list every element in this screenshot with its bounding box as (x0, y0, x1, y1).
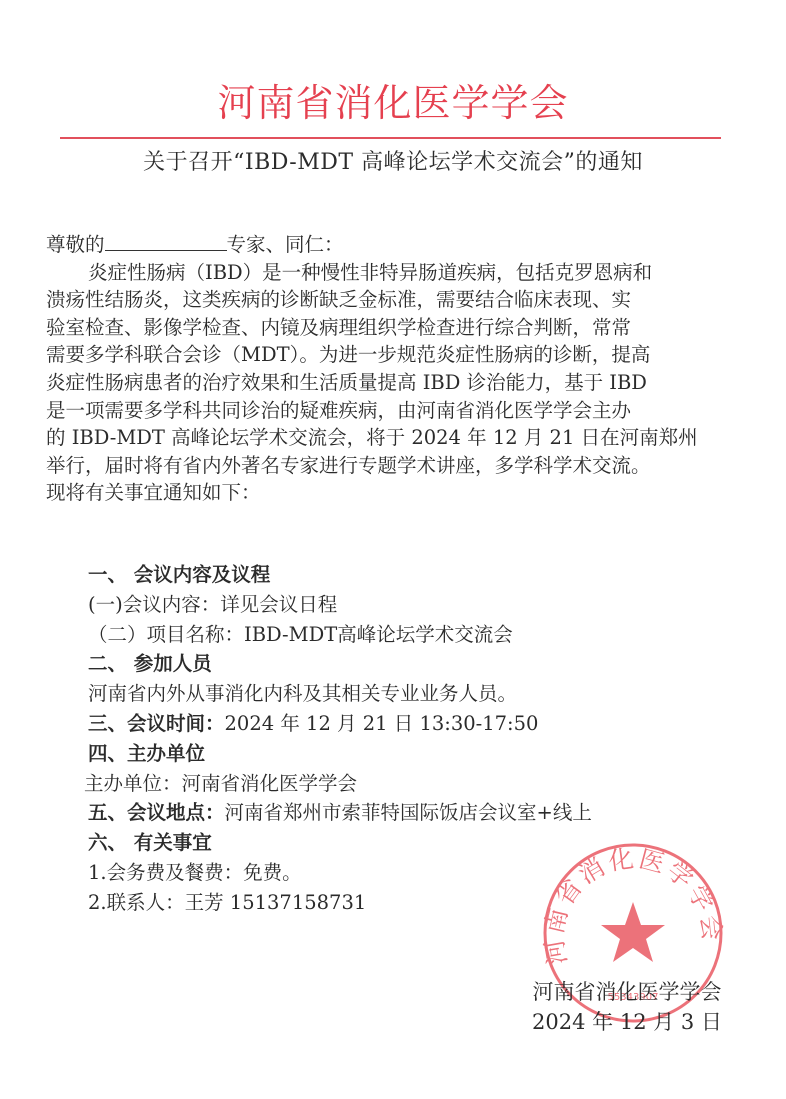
section-heading-time: 三、会议时间： (88, 712, 225, 735)
section-heading-venue: 五、会议地点： (88, 801, 225, 824)
meeting-venue-value: 河南省郑州市索菲特国际饭店会议室+线上 (225, 801, 592, 824)
intro-line: 炎症性肠病（IBD）是一种慢性非特异肠道疾病，包括克罗恩病和 (46, 259, 740, 287)
intro-line: 验室检查、影像学检查、内镜及病理组织学检查进行综合判断，常常 (46, 314, 740, 342)
salutation-prefix: 尊敬的 (46, 233, 105, 256)
meeting-venue-line: 五、会议地点：河南省郑州市索菲特国际饭店会议室+线上 (88, 798, 738, 828)
organizer-text: 主办单位：河南省消化医学学会 (84, 769, 738, 799)
intro-line: 现将有关事宜通知如下： (46, 479, 740, 507)
notice-title: 关于召开“IBD-MDT 高峰论坛学术交流会”的通知 (0, 148, 786, 178)
salutation: 尊敬的专家、同仁： (46, 230, 740, 259)
star-icon (601, 902, 665, 962)
intro-line: 需要多学科联合会诊（MDT）。为进一步规范炎症性肠病的诊断，提高 (46, 341, 740, 369)
meeting-time-value: 2024 年 12 月 21 日 13:30-17:50 (225, 712, 539, 735)
salutation-suffix: 专家、同仁： (227, 233, 344, 256)
section-heading-agenda: 一、 会议内容及议程 (88, 560, 738, 590)
section-heading-organizer: 四、主办单位 (88, 739, 738, 769)
participants-text: 河南省内外从事消化内科及其相关专业业务人员。 (88, 679, 738, 709)
intro-line: 溃疡性结肠炎，这类疾病的诊断缺乏金标准，需要结合临床表现、实 (46, 286, 740, 314)
intro-line: 举行，届时将有省内外著名专家进行专题学术讲座，多学科学术交流。 (46, 452, 740, 480)
signature-date: 2024 年 12 月 3 日 (522, 1008, 732, 1036)
recipient-blank (105, 230, 227, 251)
meeting-time-line: 三、会议时间：2024 年 12 月 21 日 13:30-17:50 (88, 709, 738, 739)
notice-body: 尊敬的专家、同仁： 炎症性肠病（IBD）是一种慢性非特异肠道疾病，包括克罗恩病和… (46, 230, 740, 507)
letterhead-divider (60, 137, 721, 139)
intro-line: 是一项需要多学科共同诊治的疑难疾病，由河南省消化医学学会主办 (46, 397, 740, 425)
organization-letterhead: 河南省消化医学学会 (0, 80, 786, 126)
notice-document: 河南省消化医学学会 关于召开“IBD-MDT 高峰论坛学术交流会”的通知 尊敬的… (0, 0, 786, 1099)
section-heading-participants: 二、 参加人员 (88, 649, 738, 679)
intro-line: 炎症性肠病患者的治疗效果和生活质量提高 IBD 诊治能力，基于 IBD (46, 369, 740, 397)
agenda-content-item: (一)会议内容：详见会议日程 (88, 590, 738, 620)
signature-organization: 河南省消化医学学会 (522, 978, 732, 1006)
intro-line: 的 IBD-MDT 高峰论坛学术交流会，将于 2024 年 12 月 21 日在… (46, 424, 740, 452)
project-name-item: （二）项目名称：IBD-MDT高峰论坛学术交流会 (88, 620, 738, 650)
